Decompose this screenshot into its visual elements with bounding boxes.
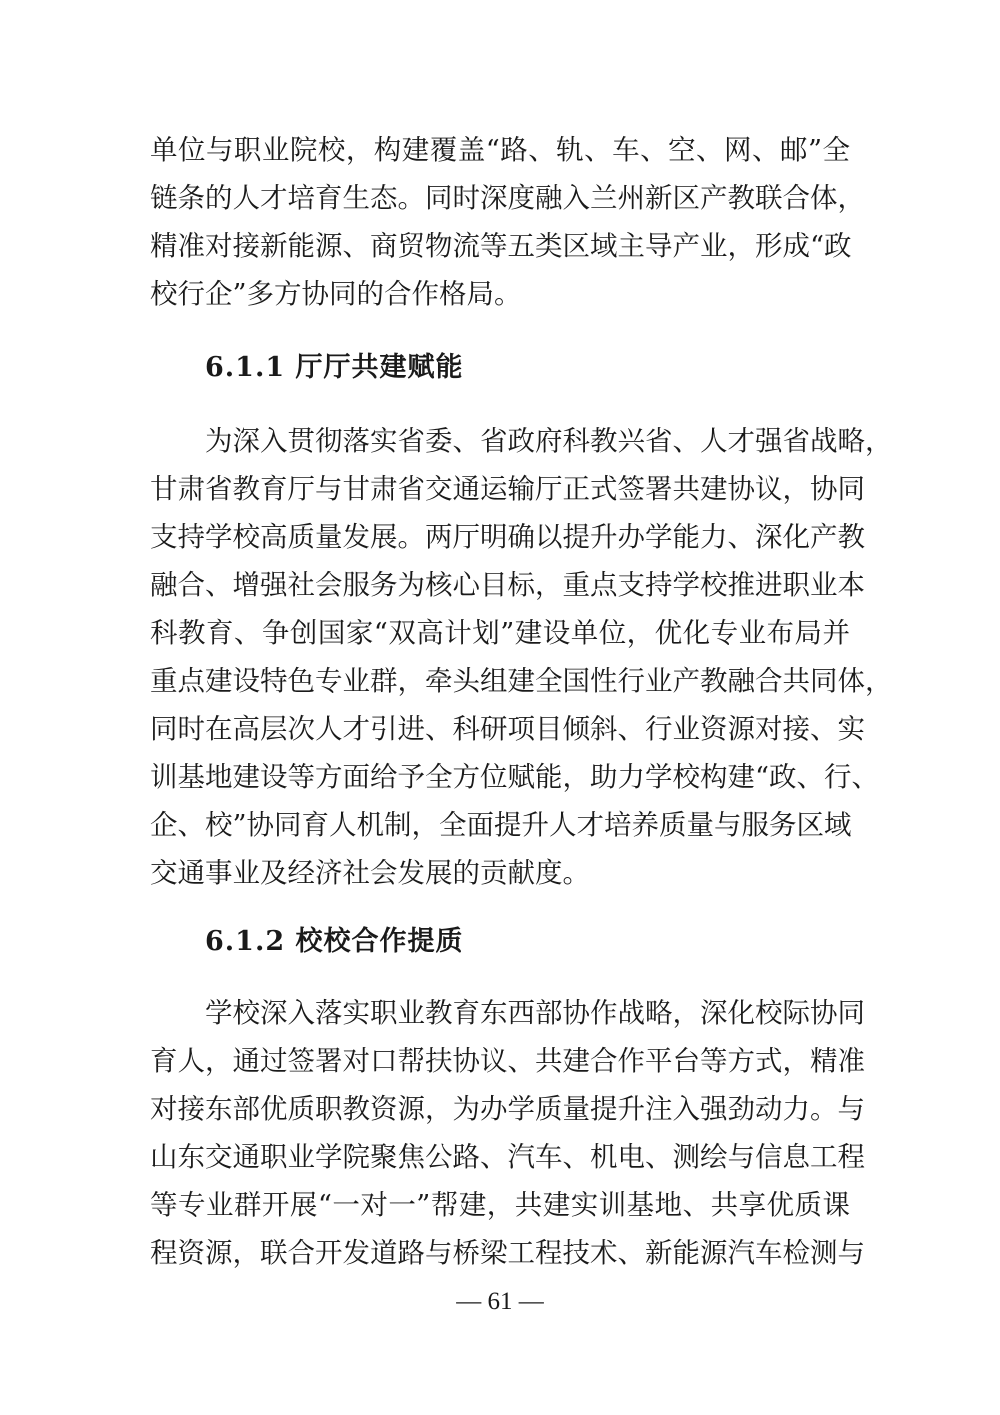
- paragraph-line: 科教育、争创国家“双高计划”建设单位，优化专业布局并: [150, 613, 850, 653]
- paragraph-line: 校行企”多方协同的合作格局。: [150, 274, 850, 314]
- paragraph-line: 融合、增强社会服务为核心目标，重点支持学校推进职业本: [150, 565, 850, 605]
- document-page: 单位与职业院校，构建覆盖“路、轨、车、空、网、邮”全 链条的人才培育生态。同时深…: [0, 0, 1000, 1415]
- paragraph-line: 等专业群开展“一对一”帮建，共建实训基地、共享优质课: [150, 1185, 850, 1225]
- paragraph-line: 交通事业及经济社会发展的贡献度。: [150, 853, 850, 893]
- section-heading-6-1-2: 6.1.2 校校合作提质: [205, 922, 464, 962]
- paragraph-line: 链条的人才培育生态。同时深度融入兰州新区产教联合体，: [150, 178, 850, 218]
- paragraph-line: 对接东部优质职教资源，为办学质量提升注入强劲动力。与: [150, 1089, 850, 1129]
- paragraph-line: 企、校”协同育人机制，全面提升人才培养质量与服务区域: [150, 805, 850, 845]
- page-number: — 61 —: [0, 1282, 1000, 1322]
- paragraph-line: 训基地建设等方面给予全方位赋能，助力学校构建“政、行、: [150, 757, 850, 797]
- paragraph-line: 学校深入落实职业教育东西部协作战略，深化校际协同: [205, 993, 850, 1033]
- paragraph-line: 山东交通职业学院聚焦公路、汽车、机电、测绘与信息工程: [150, 1137, 850, 1177]
- paragraph-line: 甘肃省教育厅与甘肃省交通运输厅正式签署共建协议，协同: [150, 469, 850, 509]
- paragraph-line: 精准对接新能源、商贸物流等五类区域主导产业，形成“政: [150, 226, 850, 266]
- paragraph-line: 重点建设特色专业群，牵头组建全国性行业产教融合共同体，: [150, 661, 850, 701]
- paragraph-line: 程资源，联合开发道路与桥梁工程技术、新能源汽车检测与: [150, 1233, 850, 1273]
- paragraph-line: 同时在高层次人才引进、科研项目倾斜、行业资源对接、实: [150, 709, 850, 749]
- paragraph-line: 支持学校高质量发展。两厅明确以提升办学能力、深化产教: [150, 517, 850, 557]
- paragraph-line: 育人，通过签署对口帮扶协议、共建合作平台等方式，精准: [150, 1041, 850, 1081]
- paragraph-line: 单位与职业院校，构建覆盖“路、轨、车、空、网、邮”全: [150, 130, 850, 170]
- section-heading-6-1-1: 6.1.1 厅厅共建赋能: [205, 348, 464, 388]
- paragraph-line: 为深入贯彻落实省委、省政府科教兴省、人才强省战略，: [205, 421, 850, 461]
